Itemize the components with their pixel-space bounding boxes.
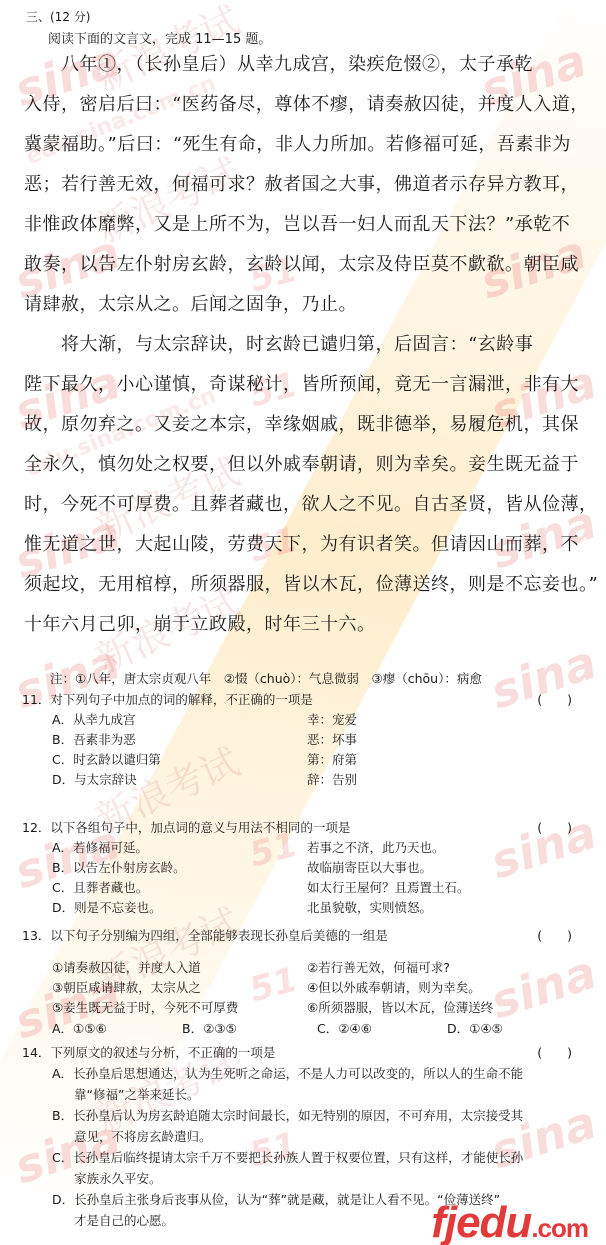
- sentence-item: ④但以外戚奉朝请，则为幸矣。: [307, 978, 481, 998]
- question-stem: 12．以下各组句子中，加点词的意义与用法不相同的一项是 ( ): [22, 818, 582, 838]
- question-stem: 14．下列原文的叙述与分析，不正确的一项是 ( ): [22, 1043, 582, 1063]
- answer-choices: A．①⑤⑥ B．②③⑤ C．②④⑥ D．①④⑤: [22, 1018, 582, 1040]
- option-text: B．以告左仆射房玄龄。: [52, 860, 186, 875]
- footnote: 注：①八年，唐太宗贞观八年 ②惙（chuò）：气息微弱 ③瘳（chōu）：病愈: [50, 669, 482, 687]
- answer-blank[interactable]: ( ): [537, 1043, 572, 1063]
- option-text: D．与太宗辞诀: [52, 772, 137, 787]
- option-d: D．长孙皇后主张身后丧事从俭，认为“葬”就是藏，就是让人看不见。“俭薄送终” 才…: [22, 1189, 582, 1231]
- passage-line: 十年六月己卯，崩于立政殿，时年三十六。: [24, 605, 584, 645]
- passage-line: 陛下最久，小心谨慎，奇谋秘计，皆所预闻，竟无一言漏泄，非有大: [24, 365, 584, 405]
- option-text-cont: 家族永久平安。: [52, 1168, 582, 1189]
- passage-line: 故，原勿弃之。又妾之本宗，幸缘姻戚，既非德举，易履危机，其保: [24, 405, 584, 445]
- answer-blank[interactable]: ( ): [537, 926, 572, 946]
- stem-text: 12．以下各组句子中，加点词的意义与用法不相同的一项是: [22, 820, 350, 835]
- sentence-pair: ⑤妾生既无益于时，今死不可厚费⑥所须器服，皆以木瓦，俭薄送终: [22, 998, 582, 1018]
- option-label: C．: [52, 1150, 73, 1165]
- passage-line: 八年①，（长孙皇后）从幸九成宫，染疾危惙②，太子承乾: [24, 45, 584, 85]
- passage-line: 惟无道之世，大起山陵，劳费天下，为有识者笑。但请因山而葬，不: [24, 525, 584, 565]
- option-text-cont: 才是自己的心愿。: [52, 1210, 582, 1231]
- option-text: A．从幸九成宫: [52, 712, 136, 727]
- sentence-pair: ③朝臣咸请肆赦，太宗从之④但以外戚奉朝请，则为幸矣。: [22, 978, 582, 998]
- passage-line: 请肆赦，太宗从之。后闻之固争，乃止。: [24, 285, 584, 325]
- option-c: C．且葬者藏也。如太行王屋何？且焉置土石。: [22, 878, 582, 898]
- option-text: C．且葬者藏也。: [52, 880, 148, 895]
- option-text: 长孙皇后思想通达，认为生死听之命运，不是人力可以改变的，所以人的生命不能: [73, 1066, 523, 1081]
- passage-line: 入侍，密启后曰：“医药备尽，尊体不瘳，请奏赦囚徒，并度人入道，: [24, 85, 584, 125]
- passage-line: 将大渐，与太宗辞诀，时玄龄已谴归第，后固言：“玄龄事: [24, 325, 584, 365]
- sentence-item: ②若行善无效，何福可求?: [307, 958, 450, 978]
- passage-line: 非惟政体靡弊，又是上所不为，岂以吾一妇人而乱天下法？”承乾不: [24, 205, 584, 245]
- passage-line: 冀蒙福助。”后曰：“死生有命，非人力所加。若修福可延，吾素非为: [24, 125, 584, 165]
- option-d: D．则是不忘妾也。北虽貌敬，实则愤怒。: [22, 898, 582, 918]
- option-a: A．若修福可延。若事之不济，此乃天也。: [22, 838, 582, 858]
- question-stem: 11．对下列句子中加点的词的解释，不正确的一项是 ( ): [22, 690, 582, 710]
- option-c: C．长孙皇后临终提请太宗千万不要把长孙族人置于权要位置，只有这样，才能使长孙 家…: [22, 1147, 582, 1189]
- option-a: A．长孙皇后思想通达，认为生死听之命运，不是人力可以改变的，所以人的生命不能 靠…: [22, 1063, 582, 1105]
- stem-text: 14．下列原文的叙述与分析，不正确的一项是: [22, 1045, 275, 1060]
- question-14: 14．下列原文的叙述与分析，不正确的一项是 ( ) A．长孙皇后思想通达，认为生…: [22, 1043, 582, 1231]
- passage-line: 时，今死不可厚费。且葬者藏也，欲人之不见。自古圣贤，皆从俭薄，: [24, 485, 584, 525]
- option-a: A．从幸九成宫幸：宠爱: [22, 710, 582, 730]
- option-b: B．吾素非为恶恶：坏事: [22, 730, 582, 750]
- answer-blank[interactable]: ( ): [537, 690, 572, 710]
- question-12: 12．以下各组句子中，加点词的意义与用法不相同的一项是 ( ) A．若修福可延。…: [22, 818, 582, 918]
- option-label: B．: [52, 1108, 73, 1123]
- option-text-cont: 靠“修福”之举来延长。: [52, 1084, 582, 1105]
- sentence-item: ⑤妾生既无益于时，今死不可厚费: [52, 1000, 238, 1015]
- question-11: 11．对下列句子中加点的词的解释，不正确的一项是 ( ) A．从幸九成宫幸：宠爱…: [22, 690, 582, 790]
- choice-c: C．②④⑥: [317, 1018, 372, 1040]
- choice-b: B．②③⑤: [182, 1018, 237, 1040]
- option-label: A．: [52, 1066, 73, 1081]
- option-text: C．时玄龄以谴归第: [52, 752, 161, 767]
- choice-d: D．①④⑤: [447, 1018, 503, 1040]
- question-stem: 13．以下句子分别编为四组，全部能够表现长孙皇后美德的一组是 ( ): [22, 926, 582, 946]
- option-text: 长孙皇后临终提请太宗千万不要把长孙族人置于权要位置，只有这样，才能使长孙: [73, 1150, 523, 1165]
- passage-line: 敢奏，以告左仆射房玄龄，玄龄以闻，太宗及侍臣莫不歔欷。朝臣咸: [24, 245, 584, 285]
- option-label: D．: [52, 1192, 74, 1207]
- answer-blank[interactable]: ( ): [537, 818, 572, 838]
- option-text: A．若修福可延。: [52, 840, 148, 855]
- option-compare: 北虽貌敬，实则愤怒。: [307, 898, 432, 918]
- passage-line: 恶；若行善无效，何福可求？赦者国之大事，佛道者示存异方教耳，: [24, 165, 584, 205]
- sentence-item: ⑥所须器服，皆以木瓦，俭薄送终: [307, 998, 493, 1018]
- option-d: D．与太宗辞诀辞：告别: [22, 770, 582, 790]
- option-compare: 故临崩寄臣以大事也。: [307, 858, 432, 878]
- sentence-pair: ①请奏赦囚徒，并度人入道②若行善无效，何福可求?: [22, 958, 582, 978]
- option-text-cont: 意见，不将房玄龄遣归。: [52, 1126, 582, 1147]
- classical-passage: 八年①，（长孙皇后）从幸九成宫，染疾危惙②，太子承乾 入侍，密启后曰：“医药备尽…: [24, 45, 584, 645]
- stem-text: 13．以下句子分别编为四组，全部能够表现长孙皇后美德的一组是: [22, 928, 388, 943]
- option-b: B．以告左仆射房玄龄。故临崩寄臣以大事也。: [22, 858, 582, 878]
- option-text: 长孙皇后认为房玄龄追随太宗时间最长，如无特别的原因，不可弃用，太宗接受其: [73, 1108, 523, 1123]
- option-c: C．时玄龄以谴归第第：府第: [22, 750, 582, 770]
- option-text: 长孙皇后主张身后丧事从俭，认为“葬”就是藏，就是让人看不见。“俭薄送终”: [74, 1192, 500, 1207]
- sentence-item: ①请奏赦囚徒，并度人入道: [52, 960, 201, 975]
- option-compare: 若事之不济，此乃天也。: [307, 838, 445, 858]
- passage-line: 全永久，慎勿处之权要，但以外戚奉朝请，则为幸矣。妾生既无益于: [24, 445, 584, 485]
- question-13: 13．以下句子分别编为四组，全部能够表现长孙皇后美德的一组是 ( ) ①请奏赦囚…: [22, 926, 582, 1040]
- option-text: D．则是不忘妾也。: [52, 900, 162, 915]
- option-gloss: 恶：坏事: [307, 730, 357, 750]
- option-gloss: 幸：宠爱: [307, 710, 357, 730]
- choice-a: A．①⑤⑥: [52, 1018, 107, 1040]
- sentence-item: ③朝臣咸请肆赦，太宗从之: [52, 980, 201, 995]
- section-heading: 三、(12 分): [26, 8, 90, 25]
- stem-text: 11．对下列句子中加点的词的解释，不正确的一项是: [22, 692, 313, 707]
- option-compare: 如太行王屋何？且焉置土石。: [307, 878, 470, 898]
- option-gloss: 辞：告别: [307, 770, 357, 790]
- passage-line: 须起坟，无用棺椁，所须器服，皆以木瓦，俭薄送终，则是不忘妾也。”: [24, 565, 584, 605]
- option-b: B．长孙皇后认为房玄龄追随太宗时间最长，如无特别的原因，不可弃用，太宗接受其 意…: [22, 1105, 582, 1147]
- option-text: B．吾素非为恶: [52, 732, 136, 747]
- option-gloss: 第：府第: [307, 750, 357, 770]
